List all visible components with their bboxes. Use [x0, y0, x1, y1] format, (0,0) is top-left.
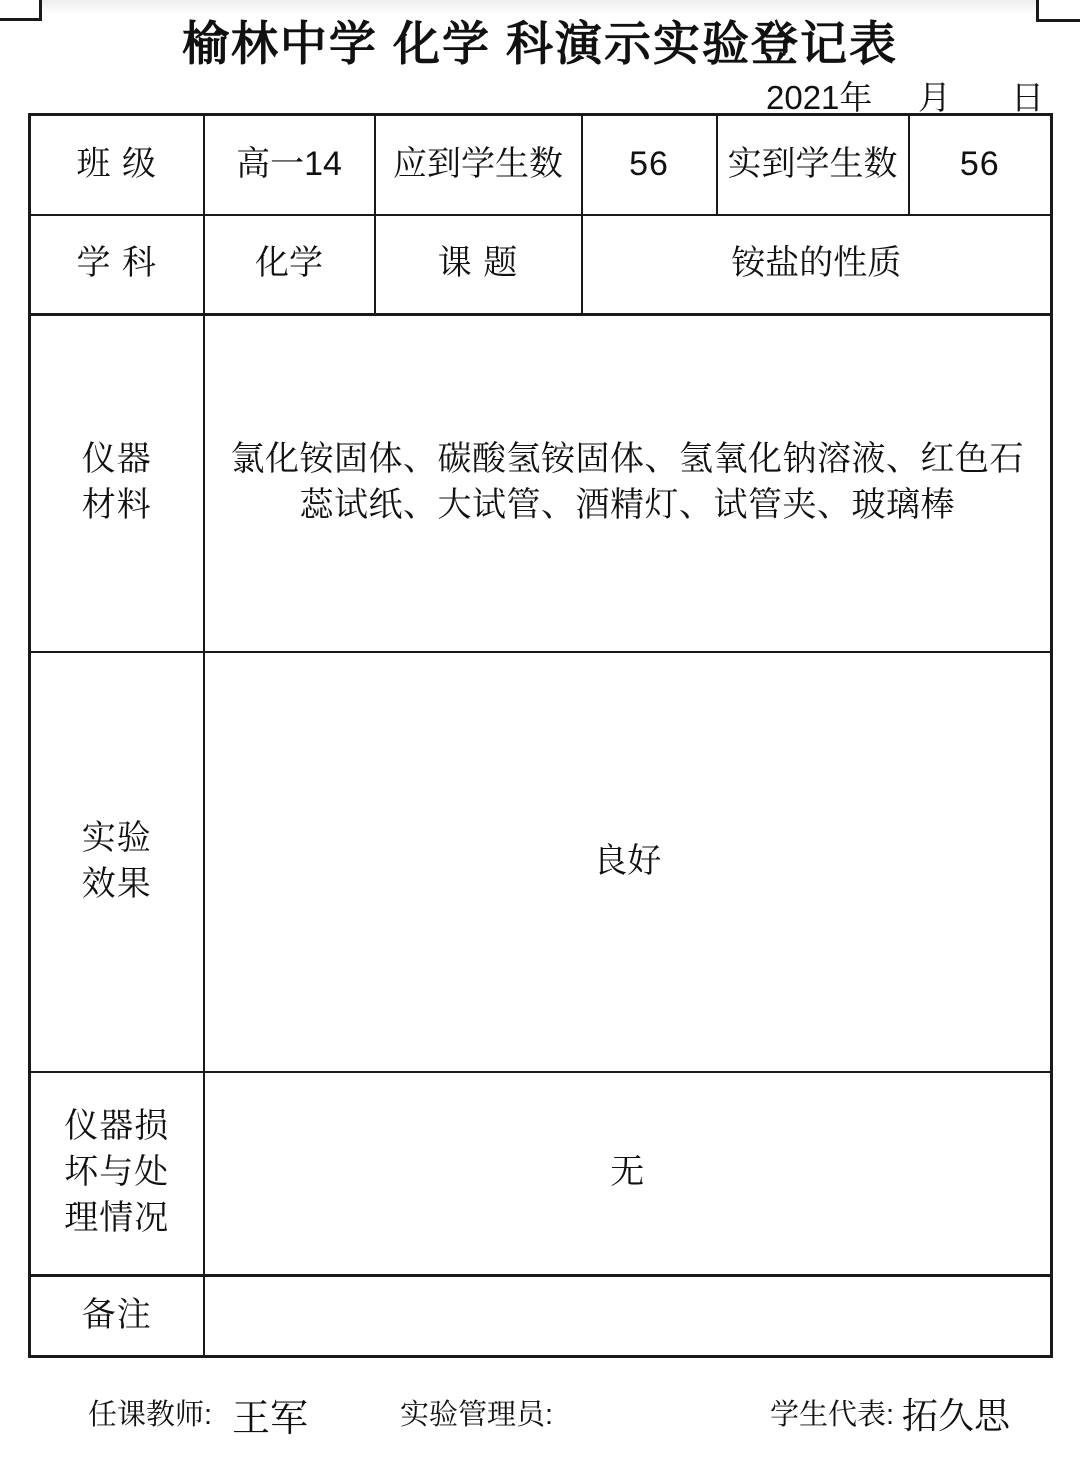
damage-value-cell: 无	[204, 1072, 1052, 1276]
table-row: 仪器 材料 氯化铵固体、碳酸氢铵固体、氢氧化钠溶液、红色石 蕊试纸、大试管、酒精…	[30, 315, 1052, 652]
expected-students-value-cell: 56	[582, 115, 717, 215]
materials-value-cell: 氯化铵固体、碳酸氢铵固体、氢氧化钠溶液、红色石 蕊试纸、大试管、酒精灯、试管夹、…	[204, 315, 1052, 652]
teacher-label: 任课教师:	[88, 1401, 212, 1430]
date-year: 2021年	[766, 81, 872, 114]
table-row: 学 科 化学 课 题 铵盐的性质	[30, 215, 1052, 315]
class-value-cell: 高一14	[204, 115, 375, 215]
actual-students-label-cell: 实到学生数	[717, 115, 909, 215]
student-rep-label: 学生代表:	[770, 1401, 894, 1430]
form-page: 榆林中学 化学 科演示实验登记表 2021年 月 日 班 级 高一14 应到学生…	[0, 0, 1080, 1457]
remarks-label-cell: 备注	[30, 1276, 204, 1357]
actual-students-value-cell: 56	[909, 115, 1052, 215]
date-month: 月	[918, 81, 951, 114]
lab-manager-label: 实验管理员:	[400, 1401, 553, 1430]
class-label-cell: 班 级	[30, 115, 204, 215]
effect-label-cell: 实验 效果	[30, 652, 204, 1072]
experiment-form-table: 班 级 高一14 应到学生数 56 实到学生数 56 学 科 化学 课 题 铵盐…	[28, 113, 1053, 1358]
subject-label-cell: 学 科	[30, 215, 204, 315]
remarks-value-cell	[204, 1276, 1052, 1357]
damage-label-cell: 仪器损 坏与处 理情况	[30, 1072, 204, 1276]
topic-label-cell: 课 题	[375, 215, 582, 315]
table-row: 仪器损 坏与处 理情况 无	[30, 1072, 1052, 1276]
form-title: 榆林中学 化学 科演示实验登记表	[0, 16, 1080, 72]
table-row: 备注	[30, 1276, 1052, 1357]
topic-value-cell: 铵盐的性质	[582, 215, 1052, 315]
table-row: 班 级 高一14 应到学生数 56 实到学生数 56	[30, 115, 1052, 215]
date-day: 日	[1011, 81, 1044, 114]
subject-value-cell: 化学	[204, 215, 375, 315]
expected-students-label-cell: 应到学生数	[375, 115, 582, 215]
materials-label-cell: 仪器 材料	[30, 315, 204, 652]
effect-value-cell: 良好	[204, 652, 1052, 1072]
teacher-name: 王军	[232, 1400, 308, 1438]
table-row: 实验 效果 良好	[30, 652, 1052, 1072]
student-rep-name: 拓久思	[902, 1398, 1010, 1434]
